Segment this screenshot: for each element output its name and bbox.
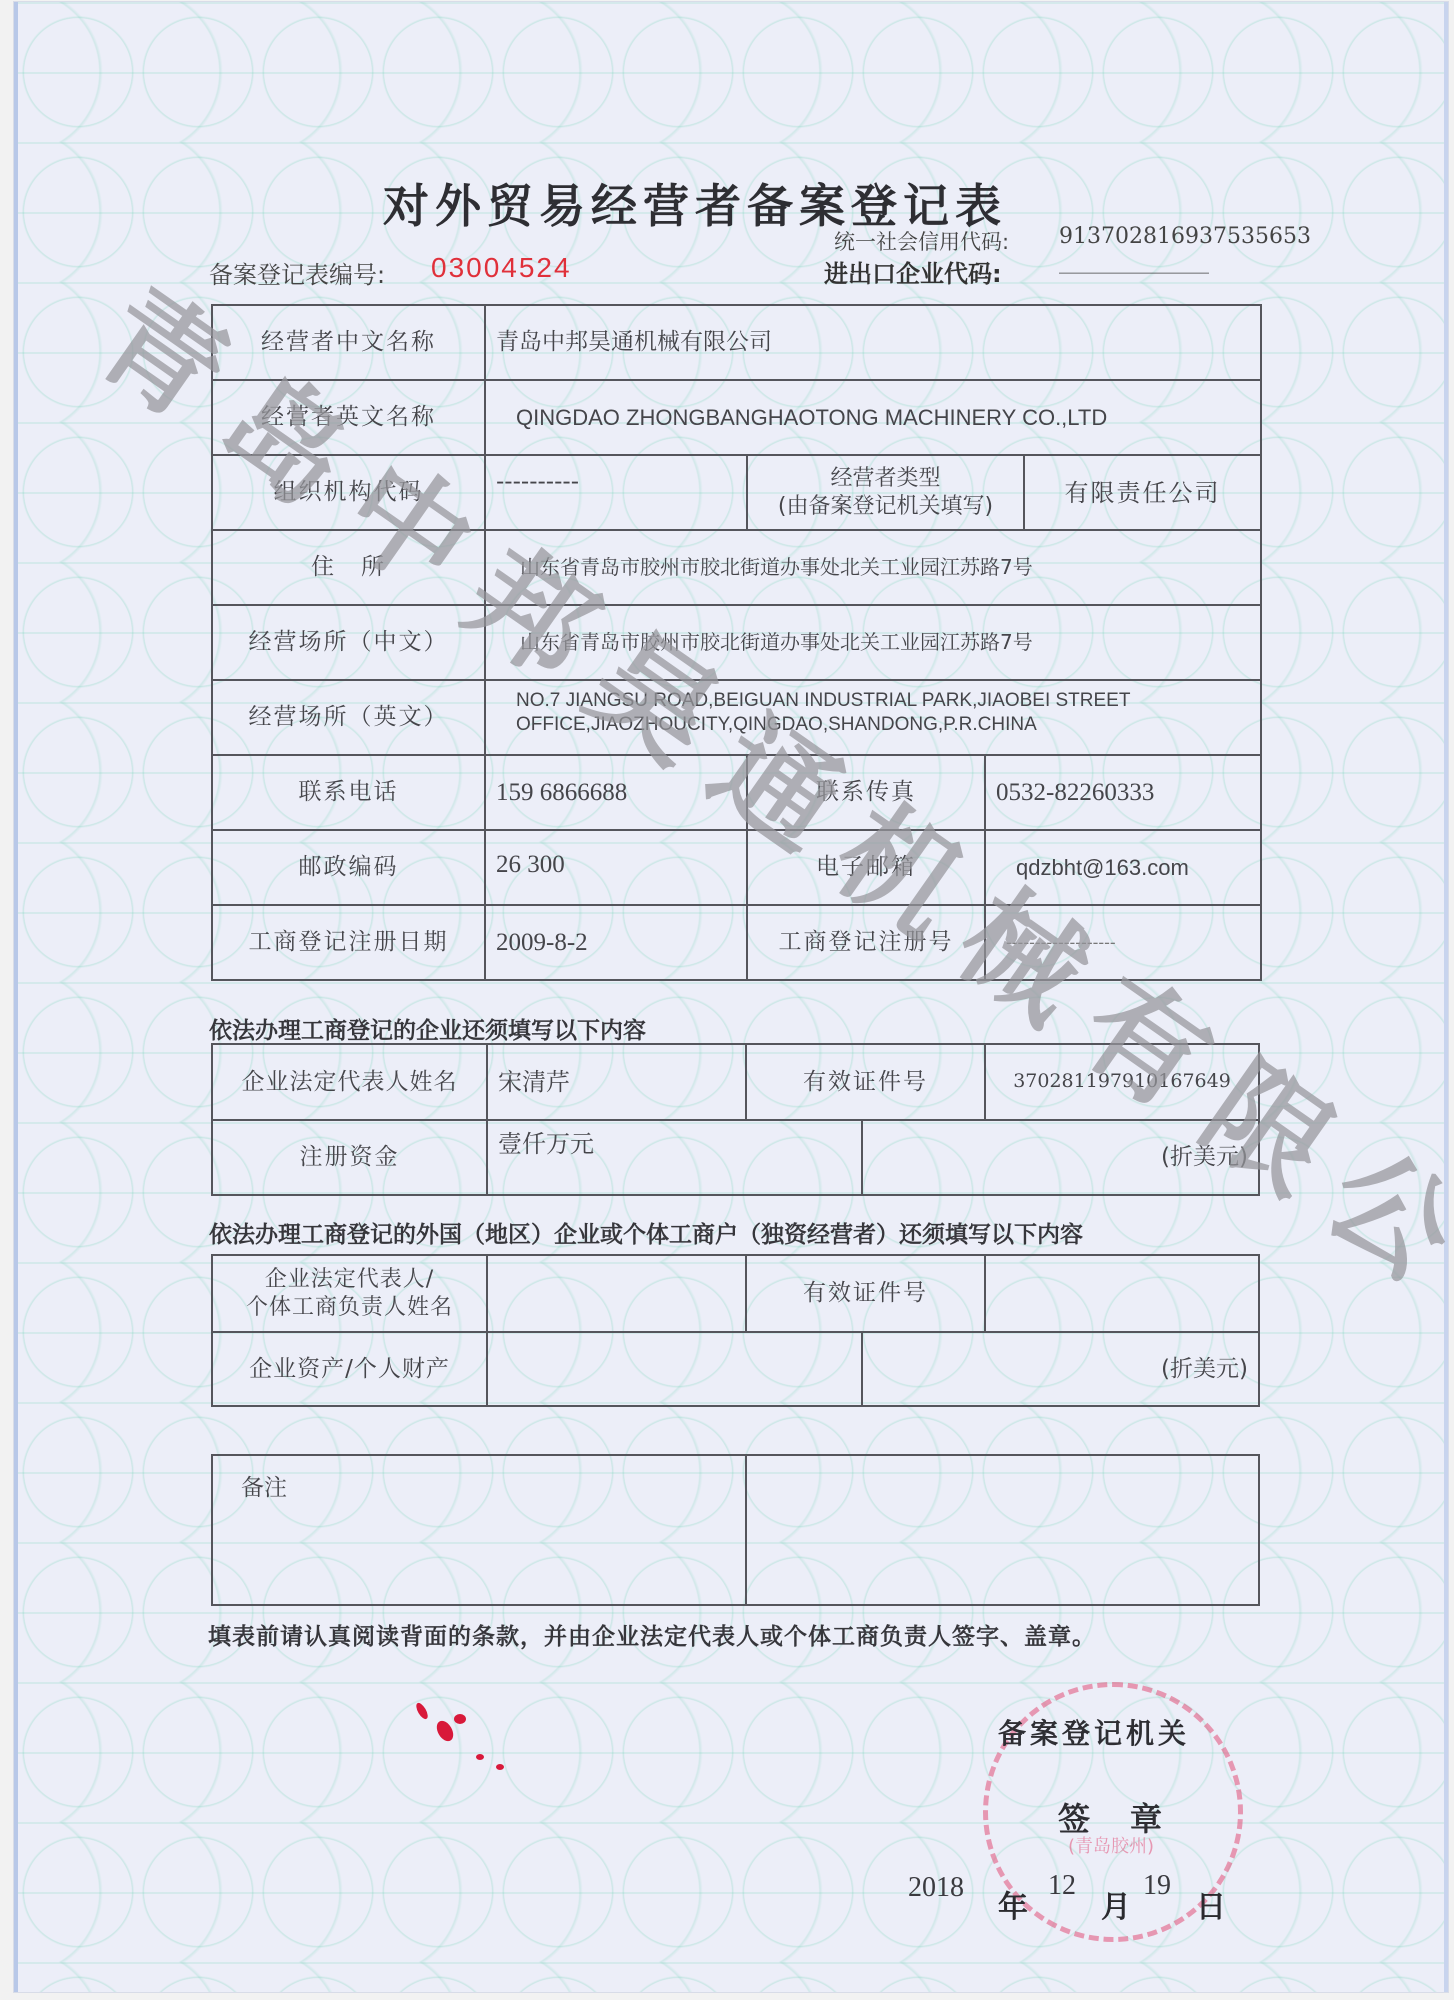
table-row: 经营者英文名称 QINGDAO ZHONGBANGHAOTONG MACHINE… [212, 380, 1261, 455]
date-month-unit: 月 [1101, 1882, 1131, 1926]
table-row: 联系电话 159 6866688 联系传真 0532-82260333 [212, 755, 1261, 830]
email-value: qdzbht@163.com [985, 830, 1261, 905]
english-name-value: QINGDAO ZHONGBANGHAOTONG MACHINERY CO.,L… [485, 380, 1261, 455]
table-row: 企业法定代表人/ 个体工商负责人姓名 有效证件号 [212, 1255, 1259, 1332]
biz-reg-no-label: 工商登记注册号 [747, 905, 985, 980]
seal-label: 签 章 [1058, 1794, 1166, 1840]
table-row: 经营者中文名称 青岛中邦昊通机械有限公司 [212, 305, 1261, 380]
table-row: 注册资金 壹仟万元 (折美元) [212, 1120, 1259, 1195]
table-row: 住 所 山东省青岛市胶州市胶北街道办事处北关工业园江苏路7号 [212, 530, 1261, 605]
phone-value: 159 6866688 [485, 755, 747, 830]
id-no-label: 有效证件号 [746, 1044, 985, 1120]
domestic-table: 企业法定代表人姓名 宋清芹 有效证件号 370281197910167649 注… [211, 1043, 1260, 1196]
fax-label: 联系传真 [747, 755, 985, 830]
domestic-section-heading: 依法办理工商登记的企业还须填写以下内容 [209, 1012, 646, 1045]
postcode-value: 26 300 [485, 830, 747, 905]
premises-en-value: NO.7 JIANGSU ROAD,BEIGUAN INDUSTRIAL PAR… [485, 680, 1261, 755]
premises-cn-label: 经营场所（中文） [212, 605, 485, 680]
foreign-table: 企业法定代表人/ 个体工商负责人姓名 有效证件号 企业资产/个人财产 (折美元) [211, 1254, 1260, 1407]
foreign-id-value [985, 1255, 1259, 1332]
capital-label: 注册资金 [212, 1120, 487, 1195]
postcode-label: 邮政编码 [212, 830, 485, 905]
table-row: 邮政编码 26 300 电子邮箱 qdzbht@163.com [212, 830, 1261, 905]
ink-mark [476, 1754, 484, 1760]
ink-mark [454, 1714, 466, 1724]
phone-label: 联系电话 [212, 755, 485, 830]
date-month: 12 [1048, 1870, 1076, 1902]
foreign-rep-label-line1: 企业法定代表人/ [223, 1266, 476, 1294]
premises-en-label: 经营场所（英文） [212, 680, 485, 755]
chinese-name-label: 经营者中文名称 [212, 305, 485, 380]
premises-en-line2: OFFICE,JIAOZHOUCITY,QINGDAO,SHANDONG,P.R… [516, 713, 1250, 737]
foreign-rep-value [487, 1255, 746, 1332]
email-label: 电子邮箱 [747, 830, 985, 905]
assets-value [487, 1332, 862, 1406]
id-no-value: 370281197910167649 [985, 1044, 1259, 1120]
export-code-label: 进出口企业代码: [824, 254, 1002, 289]
english-name-label: 经营者英文名称 [212, 380, 485, 455]
date-day-unit: 日 [1196, 1882, 1226, 1926]
premises-en-line1: NO.7 JIANGSU ROAD,BEIGUAN INDUSTRIAL PAR… [516, 689, 1250, 713]
foreign-section-heading: 依法办理工商登记的外国（地区）企业或个体工商户（独资经营者）还须填写以下内容 [209, 1216, 1083, 1249]
chinese-name-value: 青岛中邦昊通机械有限公司 [485, 305, 1261, 380]
operator-type-label-line1: 经营者类型 [758, 465, 1013, 493]
footer-instruction: 填表前请认真阅读背面的条款，并由企业法定代表人或个体工商负责人签字、盖章。 [208, 1618, 1096, 1651]
premises-cn-value: 山东省青岛市胶州市胶北街道办事处北关工业园江苏路7号 [485, 605, 1261, 680]
credit-code-label: 统一社会信用代码: [834, 226, 1009, 256]
operator-type-label: 经营者类型 (由备案登记机关填写) [747, 455, 1024, 530]
remarks-label: 备注 [212, 1455, 746, 1605]
filing-authority-label: 备案登记机关 [998, 1712, 1190, 1752]
fax-value: 0532-82260333 [985, 755, 1261, 830]
legal-rep-label: 企业法定代表人姓名 [212, 1044, 487, 1120]
export-code-value: _______________ [1059, 250, 1209, 274]
document-page: 对外贸易经营者备案登记表 统一社会信用代码: 91370281693753565… [14, 2, 1448, 1992]
date-day: 19 [1143, 1870, 1171, 1902]
ink-mark [496, 1764, 504, 1770]
table-row: 经营场所（英文） NO.7 JIANGSU ROAD,BEIGUAN INDUS… [212, 680, 1261, 755]
remarks-value [746, 1455, 1259, 1605]
reg-no-label: 备案登记表编号: [209, 255, 385, 290]
operator-type-value: 有限责任公司 [1024, 455, 1261, 530]
table-row: 组织机构代码 ---------- 经营者类型 (由备案登记机关填写) 有限责任… [212, 455, 1261, 530]
residence-label: 住 所 [212, 530, 485, 605]
table-row: 企业资产/个人财产 (折美元) [212, 1332, 1259, 1406]
date-year: 2018 [908, 1872, 964, 1904]
operator-type-label-line2: (由备案登记机关填写) [758, 493, 1013, 521]
reg-no-value: 03004524 [431, 252, 572, 284]
reg-date-value: 2009-8-2 [485, 905, 747, 980]
foreign-rep-label: 企业法定代表人/ 个体工商负责人姓名 [212, 1255, 487, 1332]
main-info-table: 经营者中文名称 青岛中邦昊通机械有限公司 经营者英文名称 QINGDAO ZHO… [211, 304, 1262, 981]
reg-date-label: 工商登记注册日期 [212, 905, 485, 980]
remarks-table: 备注 [211, 1454, 1260, 1606]
biz-reg-no-value: ------------------- [985, 905, 1261, 980]
org-code-value: ---------- [485, 455, 747, 530]
assets-usd-note: (折美元) [862, 1332, 1259, 1406]
ink-mark [433, 1718, 456, 1744]
foreign-id-label: 有效证件号 [746, 1255, 985, 1332]
table-row: 经营场所（中文） 山东省青岛市胶州市胶北街道办事处北关工业园江苏路7号 [212, 605, 1261, 680]
date-year-unit: 年 [998, 1882, 1028, 1926]
ink-mark [414, 1701, 430, 1721]
capital-value: 壹仟万元 [487, 1120, 862, 1195]
legal-rep-value: 宋清芹 [487, 1044, 746, 1120]
foreign-rep-label-line2: 个体工商负责人姓名 [223, 1294, 476, 1322]
table-row: 企业法定代表人姓名 宋清芹 有效证件号 370281197910167649 [212, 1044, 1259, 1120]
assets-label: 企业资产/个人财产 [212, 1332, 487, 1406]
residence-value: 山东省青岛市胶州市胶北街道办事处北关工业园江苏路7号 [485, 530, 1261, 605]
capital-usd-note: (折美元) [862, 1120, 1259, 1195]
table-row: 工商登记注册日期 2009-8-2 工商登记注册号 --------------… [212, 905, 1261, 980]
org-code-label: 组织机构代码 [212, 455, 485, 530]
credit-code-value: 913702816937535653 [1059, 224, 1311, 249]
